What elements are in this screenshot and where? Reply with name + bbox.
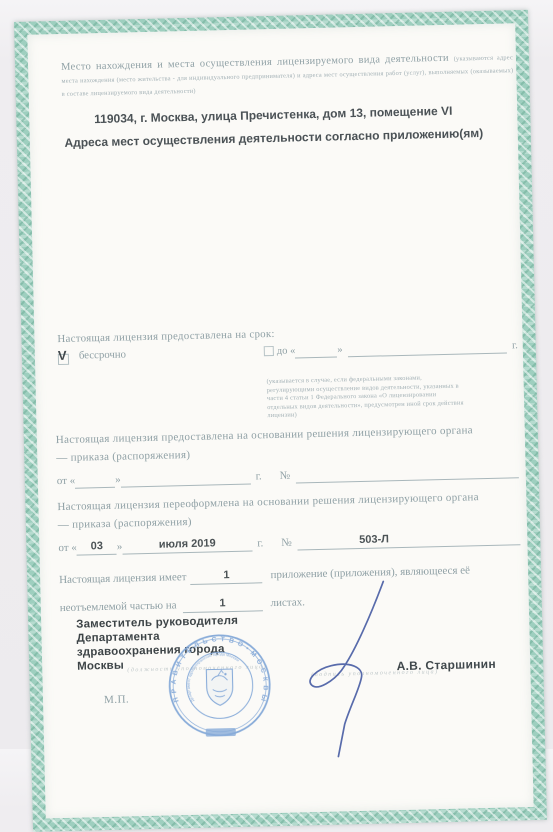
attachments-sheets-line: 1	[182, 595, 262, 613]
term-note: (указывается в случае, если федеральными…	[266, 373, 467, 421]
attachments-count: 1	[223, 568, 229, 582]
blank-line	[75, 472, 115, 489]
order-number-value: 503-Л	[359, 532, 389, 547]
officer-position-line4: Москвы	[77, 660, 124, 673]
until-checkbox	[264, 346, 274, 356]
quote-close: »	[337, 342, 343, 357]
from-label: от «	[57, 474, 76, 489]
license-page: Место нахождения и места осуществления л…	[14, 10, 547, 749]
blank-line	[121, 469, 251, 488]
until-label: до «	[277, 343, 296, 358]
attachments-sheets: 1	[219, 596, 225, 610]
perpetual-checkbox: V	[58, 354, 69, 365]
year-label: г.	[257, 536, 263, 551]
checkmark-icon: V	[58, 348, 67, 363]
date-day-value: 03	[91, 539, 104, 553]
attachments-count-line: 1	[190, 567, 262, 585]
attachments-prefix: Настоящая лицензия имеет	[59, 570, 187, 588]
date-month-value: июля 2019	[159, 536, 216, 551]
year-label: г.	[512, 338, 518, 353]
blank-line	[295, 341, 337, 358]
year-label: г.	[256, 469, 262, 484]
number-label: №	[281, 536, 292, 551]
seal-ribbon	[206, 728, 236, 737]
date-day-line: 03	[77, 539, 117, 556]
officer-position-line2: Департамента	[76, 631, 160, 645]
official-seal: П Р А В И Т Е Л Ь С Т В О • М О С К В Ы …	[166, 632, 273, 749]
from-label: от «	[58, 541, 77, 556]
attachments-line2-prefix: неотъемлемой частью на	[60, 598, 177, 616]
perpetual-label: бессрочно	[79, 348, 126, 361]
number-label: №	[280, 469, 291, 484]
mp-label: М.П.	[104, 693, 130, 706]
date-month-line: июля 2019	[122, 536, 252, 555]
moscow-coat-of-arms-icon	[206, 669, 233, 706]
